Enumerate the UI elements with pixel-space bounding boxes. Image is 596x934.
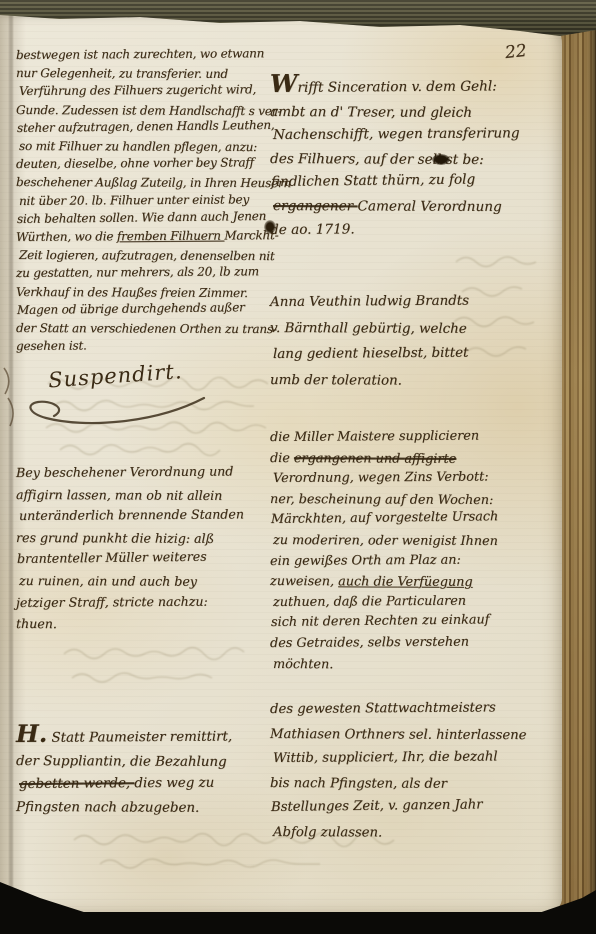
manuscript-word: Würthen, [16,230,75,244]
manuscript-line: ergangener Cameral Verordnung [273,195,520,220]
manuscript-word: und [376,451,405,466]
entry-verordnung-affigieren: Bey beschehener Verordnung undaffigirn l… [16,462,244,635]
manuscript-line: Verführung des Filhuers zugericht wird, [19,81,291,101]
entry-fuehrer-transfer-decree: bestwegen ist nach zurechten, wo etwannn… [16,46,291,382]
manuscript-word: gebetten [19,777,84,792]
manuscript-line: thuen. [16,613,244,636]
entry-toleration-bitte: Anna Veuthin ludwig Brandtsv. Bärnthall … [270,290,469,394]
manuscript-line: sich nit deren Rechten zu einkauf [271,611,499,634]
manuscript-word: affigirte [404,451,456,466]
manuscript-line: des Getraides, selbs verstehen [270,632,498,654]
entry-sinceration-cameral-verordnung-1719: Wrifft Sinceration v. dem Gehl:ambt an d… [270,72,520,242]
manuscript-line: steher aufzutragen, denen Handls Leuthen… [17,115,291,137]
entry-statt-paumeister-remittirt: H. Statt Paumeister remittirt,der Suppli… [16,722,232,819]
ink-blot [264,220,276,234]
manuscript-line: Mathiasen Orthners sel. hinterlassene [270,723,527,749]
manuscript-line: zuweisen, auch die Verfüegung [270,572,498,594]
left-column: bestwegen ist nach zurechten, wo etwannn… [16,10,278,912]
manuscript-word: dies [134,776,166,791]
manuscript-line: gebetten werde, dies weg zu [19,772,232,796]
entry-signature: Suspendirt. [48,355,292,390]
manuscript-line: Abfolg zulassen. [273,821,527,847]
manuscript-word: Filhuern [170,229,224,243]
manuscript-word: Verfüegung [397,575,472,590]
manuscript-line: Pfingsten nach abzugeben. [16,796,232,820]
manuscript-line: zu gestatten, nur mehrers, als 20, lb zu… [16,263,291,283]
margin-pen-marks [0,364,16,430]
manuscript-line: Verordnung, wegen Zins Verbott: [273,468,498,490]
manuscript-line: die Miller Maistere supplicieren [270,426,498,448]
manuscript-word: die [373,575,397,590]
manuscript-word: fremben [117,229,170,243]
manuscript-line: gesehen ist. [16,335,291,355]
manuscript-line: Magen od übrige durchgehends außer [17,297,291,319]
manuscript-line: findlichen Statt thürn, zu folg [271,168,520,195]
manuscript-word: Cameral [357,198,420,214]
manuscript-line: möchten. [273,655,498,677]
manuscript-word: Verordnung [420,199,502,215]
manuscript-line: Würthen, wo die fremben Filhuern Marckht… [16,226,291,246]
manuscript-line: Bey beschehener Verordnung und [16,460,244,483]
manuscript-line: ein gewißes Orth am Plaz an: [270,550,498,572]
manuscript-line: Anna Veuthin ludwig Brandts [270,289,469,316]
manuscript-line: deuten, dieselbe, ohne vorher bey Straff [16,153,291,173]
manuscript-page: 22 bestwegen ist nach zurechten, wo etwa… [0,10,562,912]
manuscript-line: de ao. 1719. [270,217,520,242]
manuscript-line: Nachenschifft, wegen transferirung [273,122,520,147]
right-column: Wrifft Sinceration v. dem Gehl:ambt an d… [270,10,558,912]
manuscript-line: Bstellunges Zeit, v. ganzen Jahr [271,793,527,821]
entry-stattwachtmeister-wittib: des gewesten StattwachtmeistersMathiasen… [270,698,526,845]
manuscript-word: weg [166,776,198,791]
manuscript-line: sich behalten sollen. Wie dann auch Jene… [17,206,291,228]
manuscript-word: auch [338,574,373,589]
manuscript-word: ergangener [273,198,358,214]
manuscript-line: umb der toleration. [270,368,469,395]
manuscript-word: wo [74,229,95,243]
manuscript-line: des gewesten Stattwachtmeisters [270,696,527,722]
manuscript-line: bestwegen ist nach zurechten, wo etwann [16,44,291,64]
manuscript-word: die [270,451,294,466]
manuscript-line: zu moderiren, oder wenigist Ihnen [273,531,498,553]
manuscript-line: der Suppliantin, die Bezahlung [16,750,232,774]
manuscript-line: zu ruinen, ain und auch bey [19,570,244,593]
manuscript-word: zu [198,776,214,791]
manuscript-line: Wittib, suppliciert, Ihr, die bezahl [273,745,527,771]
manuscript-word: zuweisen, [270,574,338,589]
manuscript-word: ergangenen [294,451,376,466]
manuscript-word: die [95,229,117,243]
manuscript-line: Märckhten, auf vorgestelte Ursach [271,508,499,531]
manuscript-line: H. Statt Paumeister remittirt, [16,720,232,750]
manuscript-line: unteränderlich brennende Standen [19,504,244,527]
manuscript-line: v. Bärnthall gebürtig, welche [270,316,469,343]
manuscript-line: jetziger Straff, stricte nachzu: [16,590,244,613]
manuscript-line: lang gedient hieselbst, bittet [273,341,469,368]
entry-millermaister-supplik: die Miller Maistere supplicierendie erga… [270,428,498,675]
manuscript-line: brantenteller Müller weiteres [17,546,244,570]
ink-blot [432,154,450,165]
manuscript-line: Wrifft Sinceration v. dem Gehl: [270,70,520,100]
manuscript-word: werde, [84,776,135,791]
